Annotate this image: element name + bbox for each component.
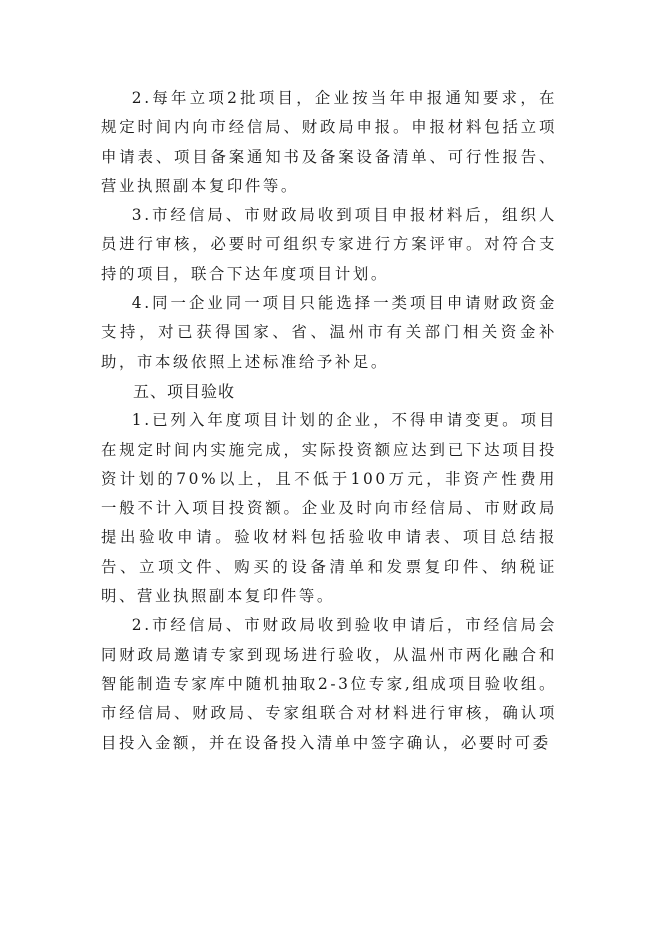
paragraph-acceptance-requirements: 1.已列入年度项目计划的企业，不得申请变更。项目在规定时间内实施完成，实际投资额… <box>101 406 557 611</box>
document-page: 2.每年立项2批项目，企业按当年申报通知要求，在规定时间内向市经信局、财政局申报… <box>101 84 557 758</box>
paragraph-acceptance-procedure: 2.市经信局、市财政局收到验收申请后，市经信局会同财政局邀请专家到现场进行验收，… <box>101 611 557 757</box>
paragraph-application-batches: 2.每年立项2批项目，企业按当年申报通知要求，在规定时间内向市经信局、财政局申报… <box>101 84 557 201</box>
paragraph-review-process: 3.市经信局、市财政局收到项目申报材料后，组织人员进行审核，必要时可组织专家进行… <box>101 201 557 289</box>
paragraph-funding-restriction: 4.同一企业同一项目只能选择一类项目申请财政资金支持，对已获得国家、省、温州市有… <box>101 289 557 377</box>
section-heading-acceptance: 五、项目验收 <box>101 377 557 406</box>
